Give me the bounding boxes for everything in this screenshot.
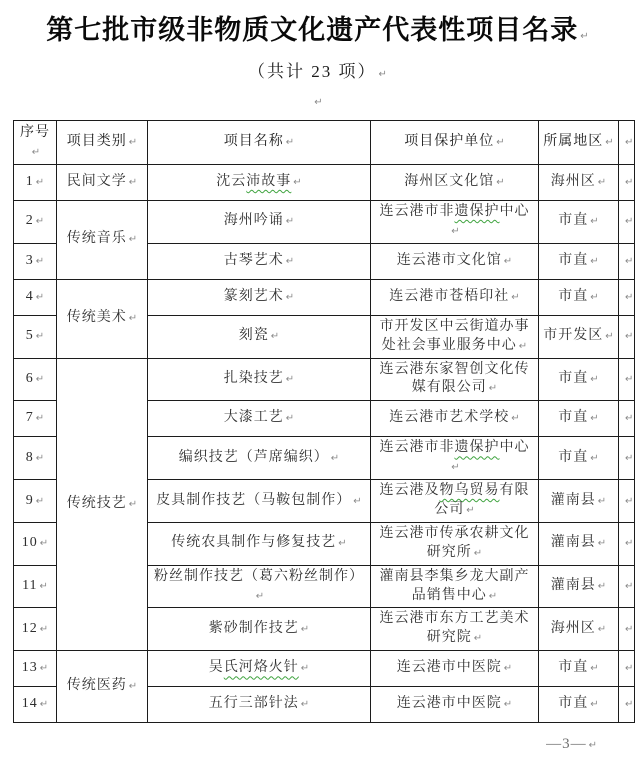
cell-text: 吴 [209,660,224,675]
cell-category: 传统医药↵ [57,651,148,723]
cell-text: 连云港市非 [380,204,455,219]
cell-unit: 连云港东家智创文化传媒有限公司↵ [371,358,539,401]
cell-text: 8 [26,450,34,465]
cell-text: 海州区 [551,174,596,189]
cell-category: 传统技艺↵ [57,358,148,651]
cell-name: 刻瓷↵ [148,315,371,358]
cell-text: 连云港东家智创文化传媒有限公司 [380,362,530,396]
cell-region: 灌南县↵ [539,565,619,608]
cell-text: 连云港及 [380,483,440,498]
cell-unit: 连云港市艺术学校↵ [371,401,539,437]
row-end-mark: ↵ [619,565,635,608]
row-end-mark: ↵ [619,651,635,687]
paragraph-mark-icon: ↵ [40,663,48,674]
paragraph-mark-icon: ↵ [286,292,294,303]
paragraph-mark-icon: ↵ [511,413,519,424]
paragraph-mark-icon: ↵ [511,292,519,303]
row-end-mark: ↵ [619,243,635,279]
paragraph-mark-icon: ↵ [590,256,598,267]
paragraph-mark-icon: ↵ [580,31,588,42]
paragraph-mark-icon: ↵ [129,313,137,324]
paragraph-mark-icon: ↵ [504,663,512,674]
header-no: 序号↵ [14,121,57,165]
paragraph-mark-icon: ↵ [625,177,633,188]
header-region: 所属地区↵ [539,121,619,165]
paragraph-mark-icon: ↵ [625,496,633,507]
cell-no: 14↵ [14,687,57,723]
cell-text: 传统医药 [67,678,127,693]
cell-text: 12 [22,621,38,636]
cell-category: 传统音乐↵ [57,201,148,280]
header-name: 项目名称↵ [148,121,371,165]
cell-no: 11↵ [14,565,57,608]
paragraph-mark-icon: ↵ [598,538,606,549]
cell-region: 海州区↵ [539,608,619,651]
cell-text: 3 [26,253,34,268]
cell-name: 编织技艺（芦席编织）↵ [148,437,371,480]
paragraph-mark-icon: ↵ [451,226,459,237]
cell-name: 篆刻艺术↵ [148,279,371,315]
row-end-mark: ↵ [619,437,635,480]
cell-no: 12↵ [14,608,57,651]
cell-text: 市直 [558,371,588,386]
cell-text: 传统美术 [67,310,127,325]
table-row: 1↵ 民间文学↵ 沈云沛故事↵ 海州区文化馆↵ 海州区↵ ↵ [14,165,635,201]
paragraph-mark-icon: ↵ [496,177,504,188]
row-end-mark: ↵ [619,687,635,723]
paragraph-mark-icon: ↵ [271,331,279,342]
cell-name: 沈云沛故事↵ [148,165,371,201]
row-end-mark: ↵ [619,401,635,437]
cell-no: 4↵ [14,279,57,315]
cell-text: 市直 [558,213,588,228]
paragraph-mark-icon: ↵ [129,177,137,188]
paragraph-mark-icon: ↵ [314,97,322,108]
table-header-row: 序号↵ 项目类别↵ 项目名称↵ 项目保护单位↵ 所属地区↵ ↵ [14,121,635,165]
paragraph-mark-icon: ↵ [625,624,633,635]
paragraph-mark-icon: ↵ [605,137,613,148]
row-end-mark: ↵ [619,165,635,201]
paragraph-mark-icon: ↵ [32,147,40,158]
paragraph-mark-icon: ↵ [519,341,527,352]
cell-name: 皮具制作技艺（马鞍包制作）↵ [148,480,371,523]
cell-text: 海州吟诵 [224,213,284,228]
row-end-mark: ↵ [619,315,635,358]
paragraph-mark-icon: ↵ [625,663,633,674]
paragraph-mark-icon: ↵ [36,177,44,188]
cell-text: 五行三部针法 [209,696,299,711]
cell-no: 10↵ [14,522,57,565]
paragraph-mark-icon: ↵ [36,374,44,385]
cell-text: 连云港市艺术学校 [389,410,509,425]
cell-text: 5 [26,328,34,343]
paragraph-mark-icon: ↵ [286,256,294,267]
cell-region: 市开发区↵ [539,315,619,358]
paragraph-mark-icon: ↵ [598,624,606,635]
paragraph-mark-icon: ↵ [625,292,633,303]
cell-text: 扎染技艺 [224,371,284,386]
cell-text: 市开发区中云街道办事处社会事业服务中心 [380,319,530,353]
paragraph-mark-icon: ↵ [331,453,339,464]
grammar-squiggle-text: 遗保护 [455,440,500,455]
cell-name: 古琴艺术↵ [148,243,371,279]
cell-text: 中心 [500,440,530,455]
header-text: 项目类别 [67,134,127,149]
cell-text: 紫砂制作技艺 [209,621,299,636]
cell-unit: 连云港市中医院↵ [371,651,539,687]
page-subtitle: （共计 23 项）↵ [0,57,635,82]
grammar-squiggle-text: 遗保护 [455,204,500,219]
paragraph-mark-icon: ↵ [353,496,361,507]
grammar-squiggle-text: 物乌贸易 [440,483,500,498]
empty-paragraph: ↵ [0,92,635,108]
cell-text: 古琴艺术 [224,253,284,268]
cell-text: 灌南县 [551,578,596,593]
page-number-text: —3— [546,736,587,752]
cell-text: 7 [26,410,34,425]
cell-no: 2↵ [14,201,57,244]
paragraph-mark-icon: ↵ [590,663,598,674]
paragraph-mark-icon: ↵ [590,292,598,303]
cell-no: 9↵ [14,480,57,523]
cell-no: 3↵ [14,243,57,279]
cell-unit: 连云港市苍梧印社↵ [371,279,539,315]
cell-text: 篆刻艺术 [224,289,284,304]
cell-no: 7↵ [14,401,57,437]
row-end-mark: ↵ [619,279,635,315]
paragraph-mark-icon: ↵ [36,413,44,424]
heritage-projects-table: 序号↵ 项目类别↵ 项目名称↵ 项目保护单位↵ 所属地区↵ ↵ 1↵ 民间文学↵… [13,120,635,723]
paragraph-mark-icon: ↵ [625,331,633,342]
cell-text: 连云港市文化馆 [397,253,502,268]
cell-unit: 连云港市文化馆↵ [371,243,539,279]
header-category: 项目类别↵ [57,121,148,165]
paragraph-mark-icon: ↵ [589,740,597,751]
subtitle-text: （共计 23 项） [248,62,377,81]
paragraph-mark-icon: ↵ [40,624,48,635]
paragraph-mark-icon: ↵ [590,699,598,710]
paragraph-mark-icon: ↵ [605,331,613,342]
cell-text: 11 [22,578,37,593]
cell-text: 海州区 [551,621,596,636]
cell-text: 4 [26,289,34,304]
cell-unit: 连云港市东方工艺美术研究院↵ [371,608,539,651]
cell-text: 市直 [558,696,588,711]
paragraph-mark-icon: ↵ [625,216,633,227]
cell-text: 市直 [558,253,588,268]
paragraph-mark-icon: ↵ [286,137,294,148]
paragraph-mark-icon: ↵ [129,499,137,510]
page-title: 第七批市级非物质文化遗产代表性项目名录 [46,15,578,45]
header-text: 序号 [20,125,50,140]
cell-unit: 连云港市中医院↵ [371,687,539,723]
cell-region: 灌南县↵ [539,522,619,565]
paragraph-mark-icon: ↵ [590,453,598,464]
paragraph-mark-icon: ↵ [286,216,294,227]
cell-text: 市直 [558,660,588,675]
header-text: 所属地区 [543,134,603,149]
cell-text: 编织技艺（芦席编织） [179,450,329,465]
cell-name: 吴氏河烙火针↵ [148,651,371,687]
paragraph-mark-icon: ↵ [504,256,512,267]
cell-text: 9 [26,493,34,508]
cell-name: 五行三部针法↵ [148,687,371,723]
paragraph-mark-icon: ↵ [625,137,633,148]
cell-no: 13↵ [14,651,57,687]
paragraph-mark-icon: ↵ [256,591,264,602]
cell-text: 13 [22,660,38,675]
cell-text: 沈云 [216,174,246,189]
table-row: 4↵ 传统美术↵ 篆刻艺术↵ 连云港市苍梧印社↵ 市直↵ ↵ [14,279,635,315]
cell-region: 市直↵ [539,243,619,279]
table-row: 13↵ 传统医药↵ 吴氏河烙火针↵ 连云港市中医院↵ 市直↵ ↵ [14,651,635,687]
cell-text: 连云港市传承农耕文化研究所 [380,526,530,560]
paragraph-mark-icon: ↵ [590,216,598,227]
cell-region: 市直↵ [539,437,619,480]
paragraph-mark-icon: ↵ [36,331,44,342]
cell-unit: 连云港及物乌贸易有限公司↵ [371,480,539,523]
cell-no: 8↵ [14,437,57,480]
cell-text: 民间文学 [67,174,127,189]
cell-unit: 海州区文化馆↵ [371,165,539,201]
paragraph-mark-icon: ↵ [625,581,633,592]
cell-text: 连云港市东方工艺美术研究院 [380,611,530,645]
paragraph-mark-icon: ↵ [129,681,137,692]
paragraph-mark-icon: ↵ [301,663,309,674]
row-end-mark: ↵ [619,608,635,651]
cell-text: 连云港市中医院 [397,696,502,711]
cell-text: 2 [26,213,34,228]
cell-no: 1↵ [14,165,57,201]
cell-text: 传统音乐 [67,231,127,246]
paragraph-mark-icon: ↵ [293,177,301,188]
row-end-mark: ↵ [619,121,635,165]
paragraph-mark-icon: ↵ [625,538,633,549]
cell-unit: 市开发区中云街道办事处社会事业服务中心↵ [371,315,539,358]
paragraph-mark-icon: ↵ [625,699,633,710]
cell-text: 灌南县 [551,535,596,550]
cell-text: 6 [26,371,34,386]
row-end-mark: ↵ [619,358,635,401]
grammar-squiggle-text: 氏河烙火针 [224,660,299,675]
cell-no: 6↵ [14,358,57,401]
header-text: 项目名称 [224,134,284,149]
header-unit: 项目保护单位↵ [371,121,539,165]
cell-text: 中心 [500,204,530,219]
cell-text: 粉丝制作技艺（葛六粉丝制作） [154,569,364,584]
cell-name: 扎染技艺↵ [148,358,371,401]
paragraph-mark-icon: ↵ [625,413,633,424]
grammar-squiggle-text: 沛故事 [246,174,291,189]
title-line: 第七批市级非物质文化遗产代表性项目名录↵ [0,8,635,47]
cell-unit: 灌南县李集乡龙大副产品销售中心↵ [371,565,539,608]
cell-text: 大漆工艺 [224,410,284,425]
cell-text: 10 [22,535,38,550]
cell-region: 市直↵ [539,201,619,244]
table-row: 2↵ 传统音乐↵ 海州吟诵↵ 连云港市非遗保护中心↵ 市直↵ ↵ [14,201,635,244]
cell-text: 1 [26,174,34,189]
cell-text: 刻瓷 [239,328,269,343]
cell-text: 连云港市非 [380,440,455,455]
cell-category: 传统美术↵ [57,279,148,358]
paragraph-mark-icon: ↵ [301,699,309,710]
cell-region: 市直↵ [539,401,619,437]
cell-region: 海州区↵ [539,165,619,201]
cell-unit: 连云港市非遗保护中心↵ [371,201,539,244]
cell-name: 传统农具制作与修复技艺↵ [148,522,371,565]
paragraph-mark-icon: ↵ [598,581,606,592]
cell-category: 民间文学↵ [57,165,148,201]
cell-text: 市直 [558,410,588,425]
paragraph-mark-icon: ↵ [36,453,44,464]
cell-name: 紫砂制作技艺↵ [148,608,371,651]
paragraph-mark-icon: ↵ [40,699,48,710]
paragraph-mark-icon: ↵ [474,633,482,644]
paragraph-mark-icon: ↵ [489,383,497,394]
cell-text: 灌南县 [551,493,596,508]
cell-region: 市直↵ [539,279,619,315]
paragraph-mark-icon: ↵ [474,548,482,559]
cell-unit: 连云港市传承农耕文化研究所↵ [371,522,539,565]
cell-unit: 连云港市非遗保护中心↵ [371,437,539,480]
page-number: —3—↵ [546,736,597,753]
paragraph-mark-icon: ↵ [40,538,48,549]
paragraph-mark-icon: ↵ [625,374,633,385]
paragraph-mark-icon: ↵ [590,374,598,385]
cell-no: 5↵ [14,315,57,358]
cell-text: 市开发区 [543,328,603,343]
paragraph-mark-icon: ↵ [590,413,598,424]
cell-text: 市直 [558,450,588,465]
paragraph-mark-icon: ↵ [36,216,44,227]
cell-text: 灌南县李集乡龙大副产品销售中心 [380,569,530,603]
row-end-mark: ↵ [619,201,635,244]
table-row: 6↵ 传统技艺↵ 扎染技艺↵ 连云港东家智创文化传媒有限公司↵ 市直↵ ↵ [14,358,635,401]
paragraph-mark-icon: ↵ [625,453,633,464]
row-end-mark: ↵ [619,522,635,565]
paragraph-mark-icon: ↵ [36,256,44,267]
cell-text: 连云港市苍梧印社 [389,289,509,304]
paragraph-mark-icon: ↵ [451,462,459,473]
paragraph-mark-icon: ↵ [338,538,346,549]
paragraph-mark-icon: ↵ [40,581,48,592]
paragraph-mark-icon: ↵ [496,137,504,148]
paragraph-mark-icon: ↵ [379,69,387,80]
cell-name: 海州吟诵↵ [148,201,371,244]
paragraph-mark-icon: ↵ [504,699,512,710]
cell-text: 海州区文化馆 [404,174,494,189]
paragraph-mark-icon: ↵ [129,234,137,245]
paragraph-mark-icon: ↵ [286,413,294,424]
cell-text: 14 [22,696,38,711]
cell-name: 大漆工艺↵ [148,401,371,437]
row-end-mark: ↵ [619,480,635,523]
cell-text: 连云港市中医院 [397,660,502,675]
paragraph-mark-icon: ↵ [625,256,633,267]
paragraph-mark-icon: ↵ [598,496,606,507]
paragraph-mark-icon: ↵ [598,177,606,188]
cell-text: 皮具制作技艺（马鞍包制作） [156,493,351,508]
cell-region: 市直↵ [539,687,619,723]
cell-name: 粉丝制作技艺（葛六粉丝制作）↵ [148,565,371,608]
paragraph-mark-icon: ↵ [36,496,44,507]
paragraph-mark-icon: ↵ [301,624,309,635]
cell-text: 传统技艺 [67,496,127,511]
cell-region: 灌南县↵ [539,480,619,523]
paragraph-mark-icon: ↵ [286,374,294,385]
header-text: 项目保护单位 [404,134,494,149]
paragraph-mark-icon: ↵ [36,292,44,303]
paragraph-mark-icon: ↵ [129,137,137,148]
cell-text: 传统农具制作与修复技艺 [171,535,336,550]
cell-region: 市直↵ [539,651,619,687]
paragraph-mark-icon: ↵ [489,591,497,602]
paragraph-mark-icon: ↵ [466,505,474,516]
cell-region: 市直↵ [539,358,619,401]
cell-text: 市直 [558,289,588,304]
